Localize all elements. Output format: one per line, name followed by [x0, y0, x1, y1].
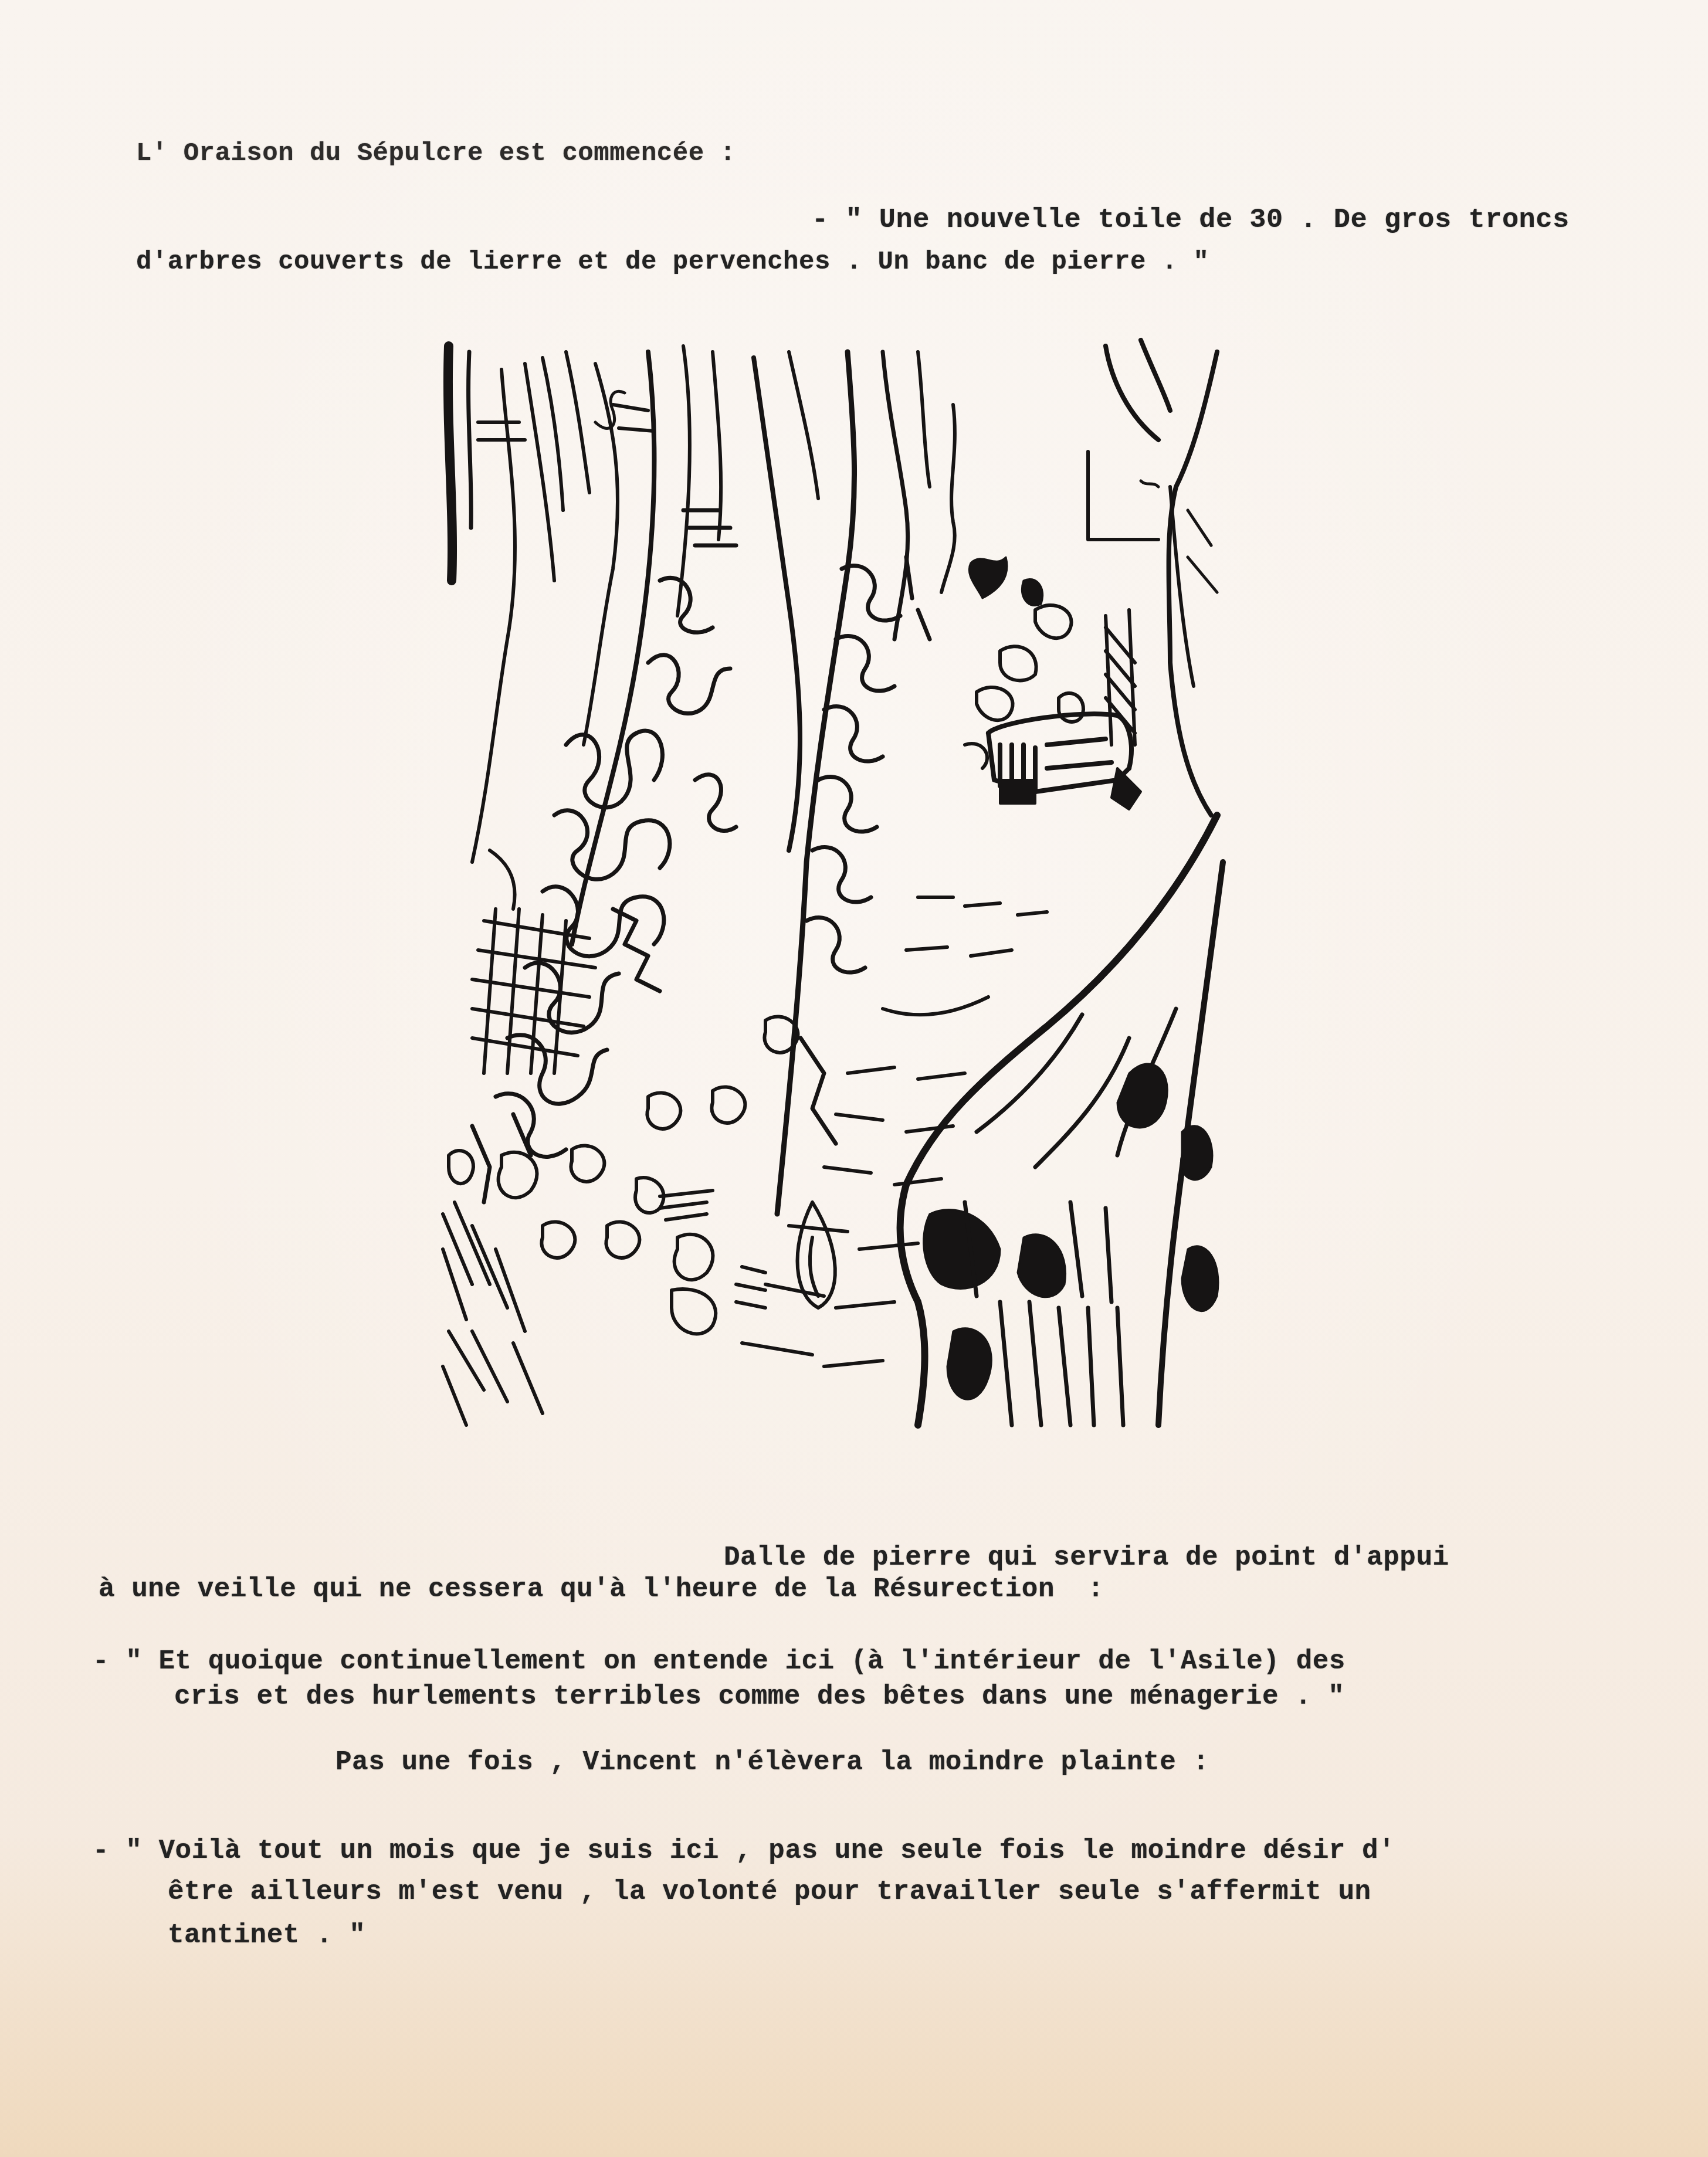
caption-line-2: à une veille qui ne cessera qu'à l'heure… [99, 1576, 1104, 1603]
quote3-line-2: être ailleurs m'est venu , la volonté po… [168, 1878, 1371, 1905]
quote1-line-2: d'arbres couverts de lierre et de perven… [136, 249, 1209, 275]
caption-line-1: Dalle de pierre qui servira de point d'a… [724, 1544, 1449, 1571]
quote2-line-2: cris et des hurlements terribles comme d… [174, 1683, 1344, 1710]
ink-illustration [437, 334, 1229, 1440]
quote3-line-1: - " Voilà tout un mois que je suis ici ,… [93, 1837, 1395, 1864]
statement-line: Pas une fois , Vincent n'élèvera la moin… [335, 1749, 1209, 1776]
quote2-line-1: - " Et quoique continuellement on entend… [93, 1648, 1346, 1675]
tree-trunks-bench-drawing [437, 334, 1229, 1440]
quote1-line-1: - " Une nouvelle toile de 30 . De gros t… [812, 206, 1570, 234]
intro-line: L' Oraison du Sépulcre est commencée : [136, 141, 736, 167]
quote3-line-3: tantinet . " [168, 1922, 365, 1949]
